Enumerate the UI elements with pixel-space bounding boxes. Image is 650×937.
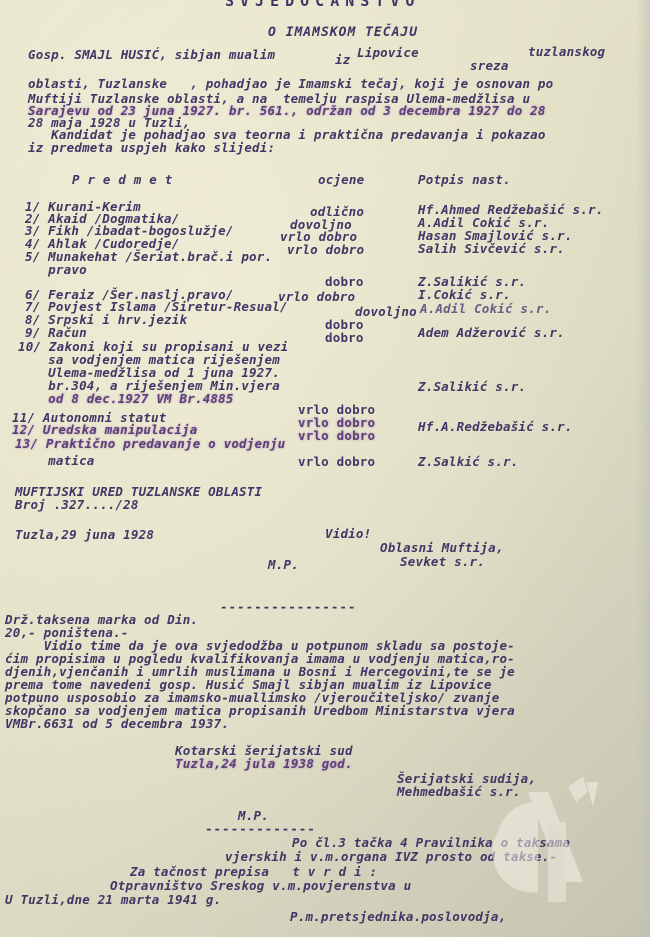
row-13-subject-cont: matica [25,454,95,468]
row-12-teacher: Hf.A.Redžebašić s.r. [418,420,573,434]
row-10-subject-cont-4: od 8 dec.1927 VM Br.4885 [25,392,234,406]
intro-line1-d: tuzlanskog [528,45,605,59]
footer-line3: Za tačnost prepisa t v r d i : [130,865,377,879]
office-date: Tuzla,29 juna 1928 [15,528,154,542]
row-13-subject: 13/ Praktično predavanje o vodjenju [15,437,285,451]
intro-line1-b: iz [335,53,350,67]
intro-line2: oblasti, Tuzlanske , pohadjao je Imamski… [28,77,553,91]
row-6-grade: vrlo dobro [278,290,355,304]
intro-line1-a: Gosp. SMAJL HUSIĆ, sibjan mualim [28,48,275,62]
row-4-grade: vrlo dobro [287,243,364,257]
row-5-subject-cont: pravo [25,263,87,277]
intro-line1-c: Lipovice [357,46,419,60]
photo-edge-shadow [636,0,650,937]
row-13-grade: vrlo dobro [298,455,375,469]
court-date: Tuzla,24 jula 1938 god. [175,757,353,771]
intro-line1-e: sreza [470,59,509,73]
row-12-grade: vrlo dobro [298,429,375,443]
row-9-grade: dobro [325,331,364,345]
verification-line7: VMBr.6631 od 5 decembra 1937. [5,717,229,731]
document-subtitle: O IMAMSKOM TEČAJU [268,26,418,40]
row-4-teacher: Salih Sivčević s.r. [418,242,565,256]
row-13-teacher: Z.Salkić s.r. [418,455,518,469]
tv-logo-watermark-icon [488,772,608,912]
row-10-teacher: Z.Salikić s.r. [418,380,526,394]
row-6-teacher: I.Cokić s.r. [418,288,511,302]
mufti-name: Sevket s.r. [400,555,485,569]
office-number: Broj .327..../28 [15,498,139,512]
divider-1: ---------------- [220,600,356,614]
intro-line7: iz predmeta uspjeh kako slijedi: [28,141,275,155]
row-5-grade: dobro [325,275,364,289]
row-7-grade: dovoljno [355,305,417,319]
row-7-teacher: A.Adil Cokić s.r. [420,302,551,316]
footer-line4: Otpravništvo Sreskog v.m.povjerenstva u [110,879,411,893]
office-seen: Vidio! [325,527,371,541]
header-grade: ocjene [318,173,364,187]
row-9-teacher: Adem Adžerović s.r. [418,326,565,340]
office-mp: M.P. [268,558,299,572]
divider-2: ------------- [205,822,316,836]
footer-line5: U Tuzli,dne 21 marta 1941 g. [5,893,221,907]
document-title: SVJEDOČANSTVO [225,0,420,8]
row-9-subject: 9/ Račun [25,326,87,340]
header-subject: P r e d m e t [72,173,172,187]
header-teacher: Potpis nast. [418,173,511,187]
footer-line6: P.m.pretsjednika.poslovodja, [290,910,506,924]
row-12-subject: 12/ Uredska manipulacija [12,423,197,437]
mufti-title: Oblasni Muftija, [380,541,504,555]
